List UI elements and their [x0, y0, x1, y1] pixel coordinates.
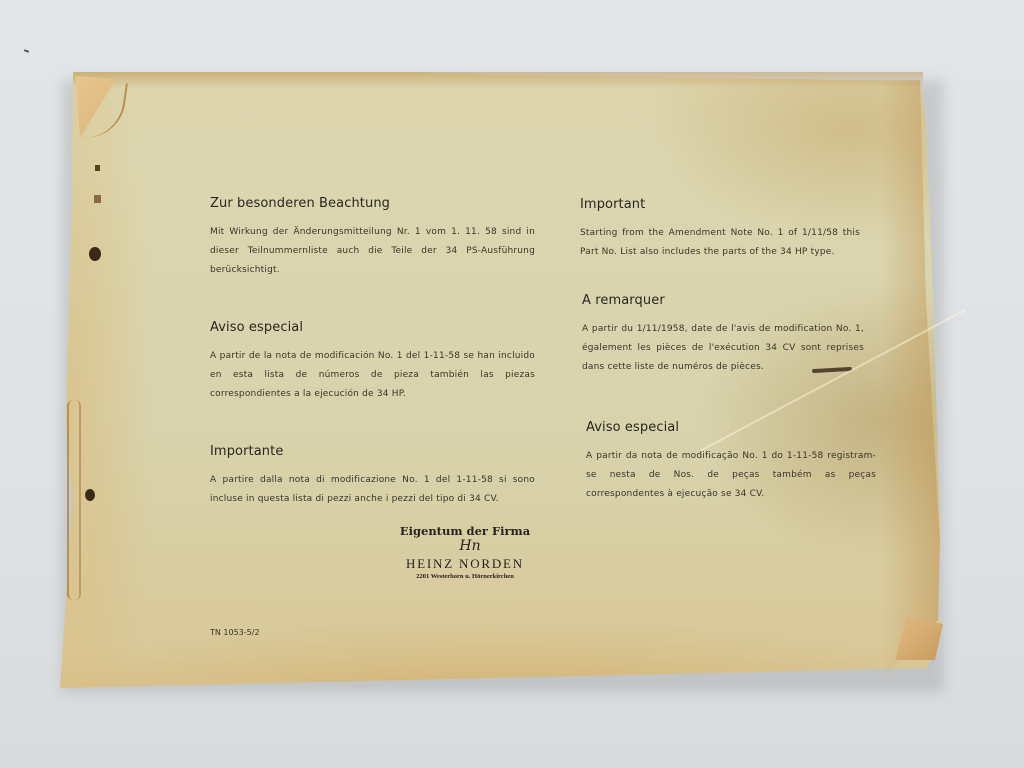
notice-body: A partir de la nota de modificación No. …	[210, 347, 535, 404]
punch-tear	[94, 195, 101, 203]
notice-heading: Aviso especial	[586, 420, 876, 435]
stamp-address: 2201 Westerhorn u. Hörnerkirchen	[398, 573, 532, 580]
notice-body: A partir du 1/11/1958, date de l'avis de…	[582, 320, 864, 377]
notice-portuguese: Aviso especial A partir da nota de modif…	[586, 420, 876, 504]
notice-french: A remarquer A partir du 1/11/1958, date …	[582, 293, 864, 377]
punch-tear	[95, 165, 100, 171]
notice-heading: A remarquer	[582, 293, 864, 308]
ownership-stamp: Eigentum der Firma Hn HEINZ NORDEN 2201 …	[398, 524, 532, 580]
notice-heading: Zur besonderen Beachtung	[210, 196, 535, 211]
notice-english: Important Starting from the Amendment No…	[580, 197, 860, 262]
notice-body: A partire dalla nota di modificazione No…	[210, 471, 535, 509]
punch-hole	[85, 489, 95, 501]
notice-body: A partir da nota de modificação No. 1 do…	[586, 447, 876, 504]
notice-heading: Aviso especial	[210, 320, 535, 335]
notice-heading: Importante	[210, 444, 535, 459]
dust-speck	[24, 49, 29, 53]
stamp-company-name: HEINZ NORDEN	[398, 556, 532, 572]
paper-top-stain	[73, 72, 923, 88]
punch-hole	[89, 247, 101, 261]
notice-german: Zur besonderen Beachtung Mit Wirkung der…	[210, 196, 535, 280]
document-number: TN 1053-5/2	[210, 628, 260, 637]
notice-italian: Importante A partire dalla nota di modif…	[210, 444, 535, 509]
binding-strip	[67, 400, 81, 600]
notice-heading: Important	[580, 197, 860, 212]
notice-body: Mit Wirkung der Änderungsmitteilung Nr. …	[210, 223, 535, 280]
notice-body: Starting from the Amendment Note No. 1 o…	[580, 224, 860, 262]
stamp-owner-line: Eigentum der Firma	[398, 524, 532, 538]
notice-spanish: Aviso especial A partir de la nota de mo…	[210, 320, 535, 404]
handwritten-signature: Hn	[408, 538, 532, 554]
